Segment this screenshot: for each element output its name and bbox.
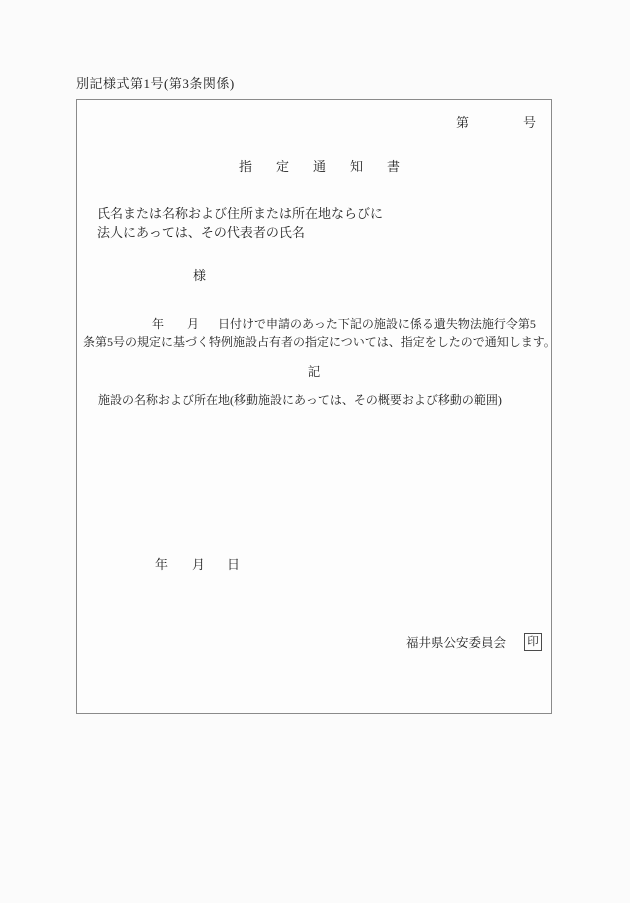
record-marker: 記 — [77, 362, 551, 380]
issue-date-day-label: 日 — [227, 557, 240, 572]
addressee-description-line1: 氏名または名称および住所または所在地ならびに — [97, 205, 383, 224]
document-border-box: 第号 指定通知書 氏名または名称および住所または所在地ならびに 法人にあっては、… — [76, 99, 552, 714]
seal-mark: 印 — [524, 633, 542, 651]
addressee-description: 氏名または名称および住所または所在地ならびに 法人にあっては、その代表者の氏名 — [97, 205, 383, 242]
issue-date-year-label: 年 — [155, 557, 168, 572]
form-reference-label: 別記様式第1号(第3条関係) — [76, 76, 235, 91]
body-line1-text: 日付けで申請のあった下記の施設に係る遺失物法施行令第5 — [218, 317, 536, 331]
issue-date-month-label: 月 — [192, 557, 205, 572]
issue-date-line: 年月日 — [155, 554, 240, 573]
addressee-description-line2: 法人にあっては、その代表者の氏名 — [97, 224, 383, 243]
body-paragraph-line1: 年月日付けで申請のあった下記の施設に係る遺失物法施行令第5 — [152, 315, 536, 333]
document-title: 指定通知書 — [239, 156, 424, 175]
body-paragraph-line2: 条第5号の規定に基づく特例施設占有者の指定については、指定をしたので通知します。 — [83, 333, 556, 351]
document-number-line: 第号 — [456, 112, 536, 131]
issuing-authority-name: 福井県公安委員会 — [406, 633, 506, 651]
addressee-honorific: 様 — [193, 265, 206, 284]
document-page: 別記様式第1号(第3条関係) 第号 指定通知書 氏名または名称および住所または所… — [0, 0, 630, 903]
document-number-prefix: 第 — [456, 115, 469, 130]
body-date-month-label: 月 — [187, 317, 199, 331]
document-number-suffix: 号 — [523, 115, 536, 130]
body-date-year-label: 年 — [152, 317, 164, 331]
facility-name-location-label: 施設の名称および所在地(移動施設にあっては、その概要および移動の範囲) — [98, 391, 502, 409]
